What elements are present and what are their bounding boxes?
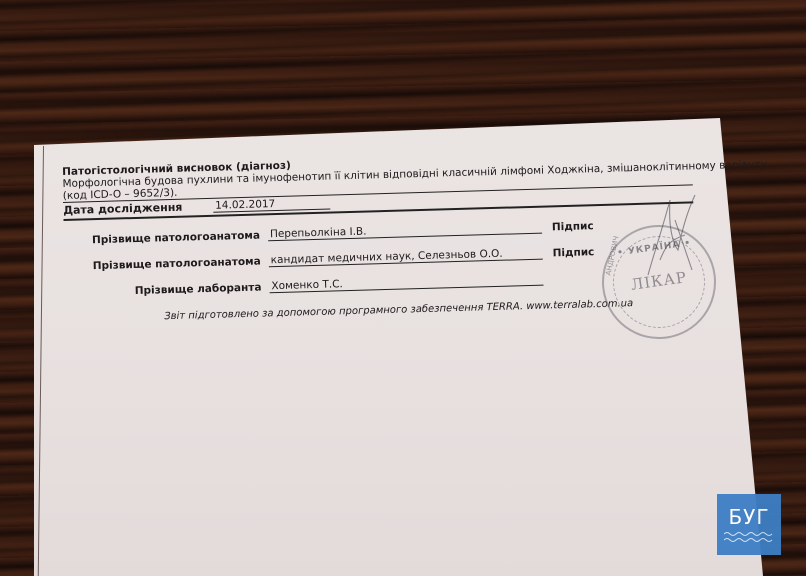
waves-icon <box>724 531 774 543</box>
lab-assistant-label: Прізвище лаборанта <box>65 281 269 299</box>
bug-logo: БУГ <box>717 494 781 555</box>
logo-text: БУГ <box>728 507 769 527</box>
signature-label: Підпис <box>552 246 594 259</box>
pathologist-label: Прізвище патологоанатома <box>64 229 268 247</box>
lab-assistant-name: Хоменко Т.С. <box>269 273 543 294</box>
pathologist-label: Прізвище патологоанатома <box>65 255 269 273</box>
pathologist-name: кандидат медичних наук, Селезньов О.О. <box>269 247 543 268</box>
pathologist-name: Перепьолкіна І.В. <box>268 221 542 242</box>
pathologist-row-1: Прізвище патологоанатома Перепьолкіна І.… <box>64 216 704 247</box>
handwritten-signature <box>640 190 700 280</box>
signature-label: Підпис <box>552 220 594 233</box>
study-date-value: 14.02.2017 <box>213 197 330 213</box>
study-date-label: Дата дослідження <box>63 200 213 217</box>
